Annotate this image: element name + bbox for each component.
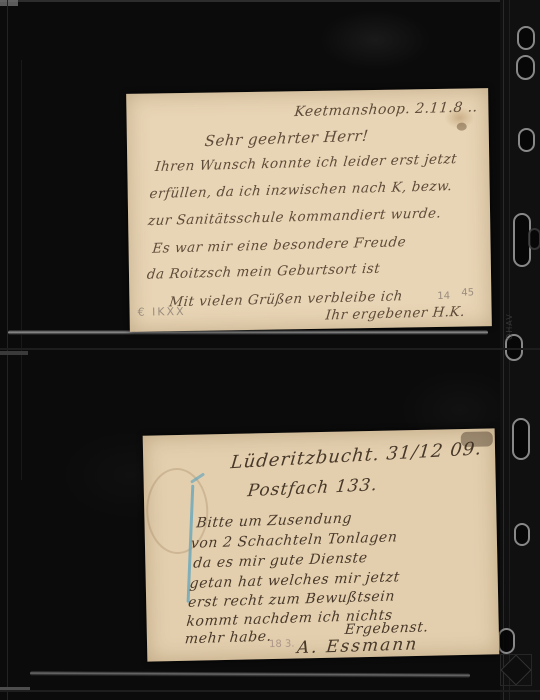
diamond-emboss xyxy=(498,652,534,688)
handwritten-line: da Roitzsch mein Geburtsort ist xyxy=(146,261,381,283)
binder-hole xyxy=(516,55,535,80)
handwritten-line: zur Sanitätsschule kommandiert wurde. xyxy=(147,205,442,229)
postcard-dateline: Keetmanshoop. 2.11.8 .. xyxy=(294,99,479,120)
sleeve-left-seam-2 xyxy=(21,60,22,480)
postcard-signature: Ihr ergebener H.K. xyxy=(325,304,466,324)
postcard-dateline: Lüderitzbucht. 31/12 09. xyxy=(230,438,484,473)
bottom-pocket-edge xyxy=(30,671,470,678)
pencil-note: 18 3. xyxy=(269,639,295,651)
blue-crayon-mark-hook xyxy=(190,472,205,483)
handwritten-line: Es war mir eine besondere Freude xyxy=(152,234,407,257)
pencil-collector-code: € IKXX xyxy=(137,305,185,319)
handwritten-line: mehr habe. xyxy=(184,629,272,648)
bottom-edge-line xyxy=(0,690,540,692)
bottom-edge-dash xyxy=(0,687,30,690)
sheen-smudge xyxy=(320,10,430,70)
paper-spot xyxy=(457,123,467,131)
handwritten-line: Ihren Wunsch konnte ich leider erst jetz… xyxy=(154,151,457,175)
handwritten-line: da es mir gute Dienste xyxy=(193,550,369,572)
sleeve-marking-top: OHAV xyxy=(505,313,514,340)
sleeve-left-seam xyxy=(7,0,8,700)
binder-hole xyxy=(518,128,535,152)
postcard-signature: A. Essmann xyxy=(296,634,419,658)
postcard-salutation: Sehr geehrter Herr! xyxy=(204,127,369,150)
binder-slot xyxy=(512,418,530,460)
binder-strip-seam xyxy=(503,0,504,700)
handwritten-line: Bitte um Zusendung xyxy=(196,511,353,532)
pocket-divider-line xyxy=(0,348,540,350)
pocket-divider-edge xyxy=(8,330,488,335)
album-page-photo: OHAV GmbH Keetmanshoop. 2.11.8 .. Sehr g… xyxy=(0,0,540,700)
handwritten-line: von 2 Schachteln Tonlagen xyxy=(190,529,398,552)
postcard-luederitzbucht: Lüderitzbucht. 31/12 09. Postfach 133. B… xyxy=(143,428,500,661)
handwritten-line: erfüllen, da ich inzwischen nach K, bezw… xyxy=(149,178,453,202)
sleeve-top-edge xyxy=(0,0,540,2)
pocket-divider-dash xyxy=(0,351,28,355)
pencil-number: 14 xyxy=(437,291,450,302)
binder-hole xyxy=(517,26,535,50)
binder-hole xyxy=(498,628,515,654)
sleeve-top-edge-highlight xyxy=(0,0,18,6)
postcard-address-line: Postfach 133. xyxy=(246,475,378,501)
binder-hole xyxy=(514,523,530,546)
binder-slot-notch xyxy=(528,228,540,250)
pencil-number: 45 xyxy=(461,287,474,298)
postcard-keetmanshoop: Keetmanshoop. 2.11.8 .. Sehr geehrter He… xyxy=(126,88,492,332)
